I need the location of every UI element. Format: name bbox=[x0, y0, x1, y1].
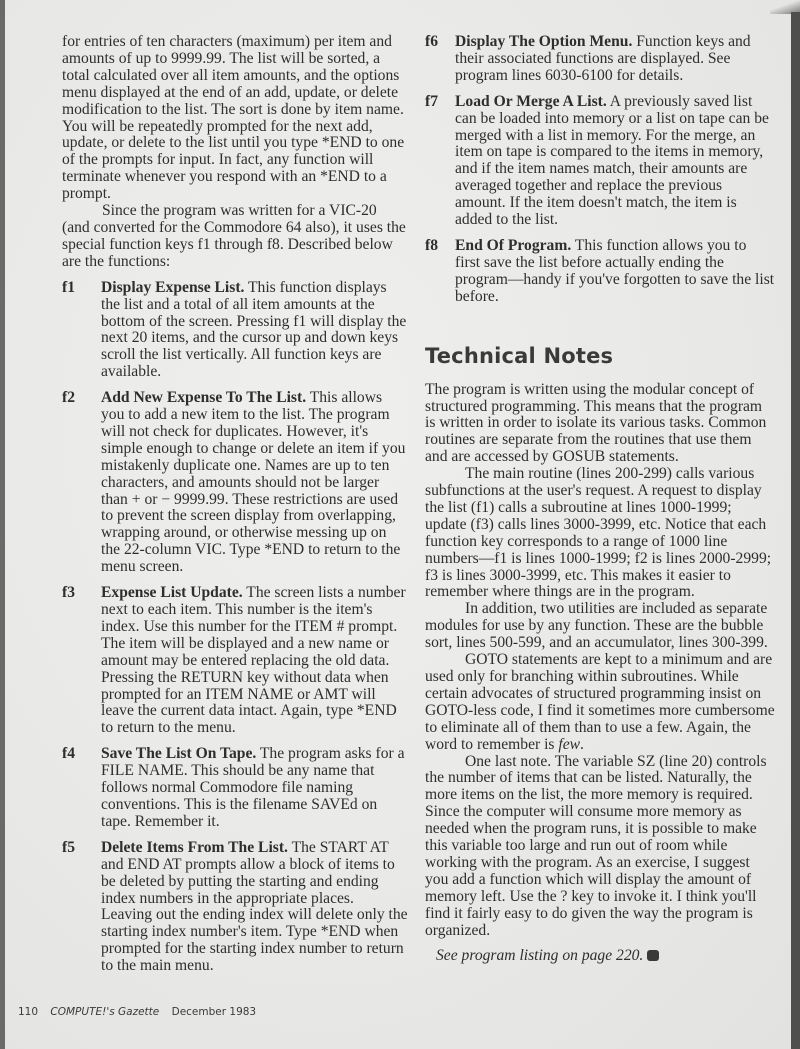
listing-note-text: See program listing on page 220. bbox=[436, 947, 643, 964]
right-column: f6 Display The Option Menu. Function key… bbox=[425, 34, 775, 964]
function-description: Add New Expense To The List. This allows… bbox=[101, 390, 408, 576]
function-key-label: f8 bbox=[425, 238, 455, 306]
section-heading-technical-notes: Technical Notes bbox=[425, 344, 775, 368]
function-key-label: f2 bbox=[62, 390, 101, 576]
function-key-label: f3 bbox=[62, 585, 101, 737]
function-text: The START AT and END AT prompts allow a … bbox=[101, 839, 408, 974]
page-number: 110 bbox=[18, 1006, 38, 1018]
body-text: . bbox=[580, 736, 584, 753]
magazine-name: COMPUTE!'s Gazette bbox=[50, 1006, 159, 1018]
body-paragraph: The program is written using the modular… bbox=[425, 382, 775, 467]
scan-edge-left bbox=[0, 0, 5, 1049]
emphasis-text: few bbox=[558, 736, 580, 753]
function-description: Display The Option Menu. Function keys a… bbox=[455, 34, 775, 85]
function-description: Load Or Merge A List. A previously saved… bbox=[455, 94, 775, 229]
function-key-label: f1 bbox=[62, 280, 101, 381]
body-text: GOTO statements are kept to a minimum an… bbox=[425, 651, 775, 753]
magazine-page: for entries of ten characters (maximum) … bbox=[0, 0, 800, 1049]
function-key-entry-f6: f6 Display The Option Menu. Function key… bbox=[425, 34, 775, 85]
function-key-entry-f2: f2 Add New Expense To The List. This all… bbox=[62, 390, 408, 576]
page-footer: 110 COMPUTE!'s Gazette December 1983 bbox=[18, 1006, 256, 1018]
body-paragraph: In addition, two utilities are included … bbox=[425, 601, 775, 652]
intro-paragraph: for entries of ten characters (maximum) … bbox=[62, 34, 408, 203]
issue-date: December 1983 bbox=[172, 1006, 257, 1018]
function-description: Delete Items From The List. The START AT… bbox=[101, 840, 408, 975]
function-title: Load Or Merge A List. bbox=[455, 93, 607, 110]
function-title: Add New Expense To The List. bbox=[101, 389, 306, 406]
function-key-entry-f8: f8 End Of Program. This function allows … bbox=[425, 238, 775, 306]
program-listing-note: See program listing on page 220. bbox=[425, 948, 775, 965]
body-paragraph-goto: GOTO statements are kept to a minimum an… bbox=[425, 652, 775, 753]
function-key-entry-f7: f7 Load Or Merge A List. A previously sa… bbox=[425, 94, 775, 229]
end-of-article-icon bbox=[647, 950, 659, 961]
function-key-entry-f5: f5 Delete Items From The List. The START… bbox=[62, 840, 408, 975]
function-key-label: f7 bbox=[425, 94, 455, 229]
intro-paragraph: Since the program was written for a VIC-… bbox=[62, 203, 408, 271]
function-title: Expense List Update. bbox=[101, 584, 243, 601]
left-column: for entries of ten characters (maximum) … bbox=[62, 34, 408, 975]
body-paragraph: One last note. The variable SZ (line 20)… bbox=[425, 754, 775, 940]
function-text: A previously saved list can be loaded in… bbox=[455, 93, 769, 228]
function-key-label: f5 bbox=[62, 840, 101, 975]
function-title: End Of Program. bbox=[455, 237, 571, 254]
function-text: This allows you to add a new item to the… bbox=[101, 389, 405, 575]
function-key-label: f4 bbox=[62, 746, 101, 831]
body-paragraph: The main routine (lines 200-299) calls v… bbox=[425, 466, 775, 601]
function-key-label: f6 bbox=[425, 34, 455, 85]
function-description: Expense List Update. The screen lists a … bbox=[101, 585, 408, 737]
function-key-entry-f1: f1 Display Expense List. This function d… bbox=[62, 280, 408, 381]
function-title: Display The Option Menu. bbox=[455, 33, 632, 50]
function-title: Display Expense List. bbox=[101, 279, 244, 296]
function-key-entry-f3: f3 Expense List Update. The screen lists… bbox=[62, 585, 408, 737]
scan-edge-right bbox=[791, 12, 800, 1049]
function-text: The screen lists a number next to each i… bbox=[101, 584, 406, 736]
function-key-entry-f4: f4 Save The List On Tape. The program as… bbox=[62, 746, 408, 831]
function-description: Save The List On Tape. The program asks … bbox=[101, 746, 408, 831]
function-title: Save The List On Tape. bbox=[101, 745, 256, 762]
function-description: End Of Program. This function allows you… bbox=[455, 238, 775, 306]
function-description: Display Expense List. This function disp… bbox=[101, 280, 408, 381]
function-title: Delete Items From The List. bbox=[101, 839, 288, 856]
